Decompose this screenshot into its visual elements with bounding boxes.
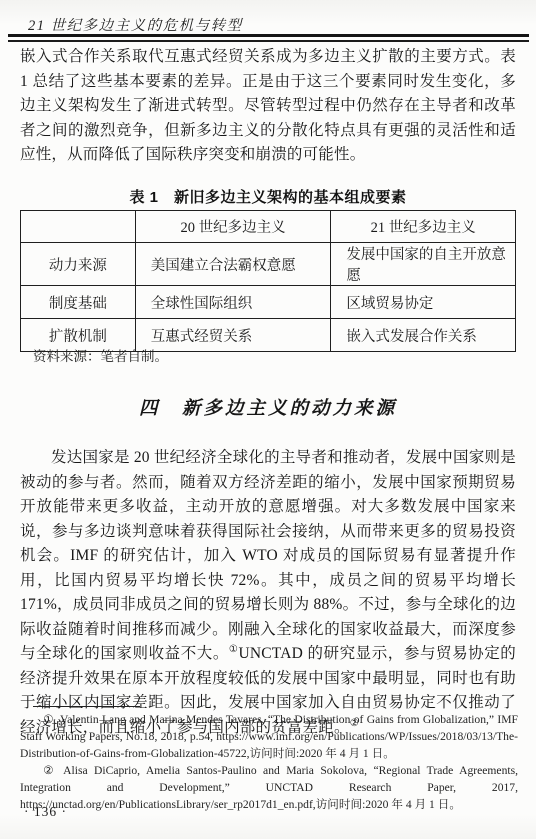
paragraph-main: 发达国家是 20 世纪经济全球化的主导者和推动者，发展中国家则是被动的参与者。然… [20,446,516,740]
footnotes-section: ①Valentin Lang and Marina Mendes Tavares… [20,712,518,813]
section-heading: 四 新多边主义的动力来源 [0,394,536,420]
table-source-note: 资料来源：笔者自制。 [33,345,168,365]
footnote-2: ②Alisa DiCaprio, Amelia Santos-Paulino a… [20,763,518,814]
cell-20th: 全球性国际组织 [135,286,331,319]
footnote-2-text: Alisa DiCaprio, Amelia Santos-Paulino an… [20,764,518,811]
footnote-1: ①Valentin Lang and Marina Mendes Tavares… [20,712,518,763]
page-number: · 136 · [24,804,67,820]
paragraph-intro: 嵌入式合作关系取代互惠式经贸关系成为多边主义扩散的主要方式。表 1 总结了这些基… [20,45,516,168]
row-label: 制度基础 [21,286,136,319]
cell-21st: 发展中国家的自主开放意愿 [331,243,516,286]
table-row: 动力来源 美国建立合法霸权意愿 发展中国家的自主开放意愿 [21,243,516,286]
running-head: 21 世纪多边主义的危机与转型 [28,14,243,35]
paragraph-main-text-1: 发达国家是 20 世纪经济全球化的主导者和推动者，发展中国家则是被动的参与者。然… [20,449,516,662]
row-label: 动力来源 [21,243,136,286]
table-1: 20 世纪多边主义 21 世纪多边主义 动力来源 美国建立合法霸权意愿 发展中国… [20,210,516,352]
header-rule-top [8,34,529,37]
table-header-20th: 20 世纪多边主义 [135,211,331,243]
table-row: 制度基础 全球性国际组织 区域贸易协定 [21,286,516,319]
table-header-row: 20 世纪多边主义 21 世纪多边主义 [21,211,516,243]
cell-21st: 区域贸易协定 [331,286,516,319]
table-header-empty [21,211,136,243]
document-page: 21 世纪多边主义的危机与转型 嵌入式合作关系取代互惠式经贸关系成为多边主义扩散… [0,0,536,839]
table-header-21st: 21 世纪多边主义 [331,211,516,243]
table-title: 表 1 新旧多边主义架构的基本组成要素 [0,186,536,207]
footnote-2-marker: ② [43,764,57,777]
footnote-1-text: Valentin Lang and Marina Mendes Tavares,… [20,713,518,760]
footnote-1-marker: ① [43,713,54,726]
cell-21st: 嵌入式发展合作关系 [331,319,516,352]
cell-20th: 美国建立合法霸权意愿 [135,243,331,286]
footnote-separator-rule [33,706,140,707]
header-double-rule [8,34,529,42]
header-rule-bottom [8,40,529,42]
